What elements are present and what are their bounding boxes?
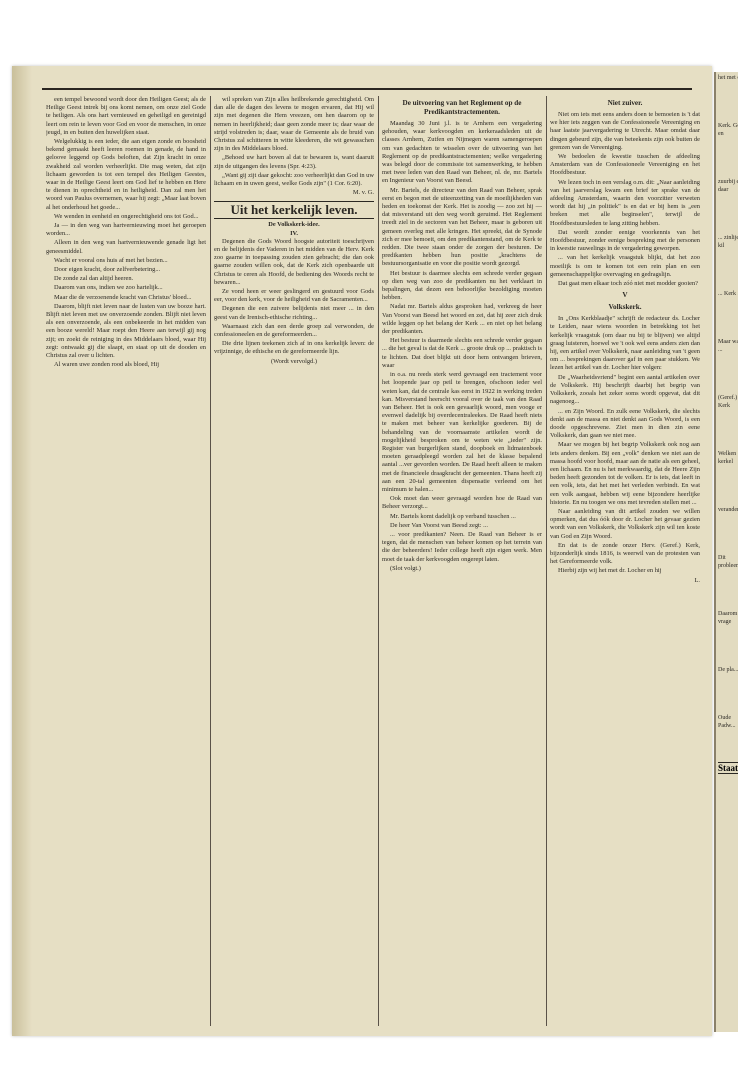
paragraph: Al waren uwe zonden rood als bloed, Hij [46, 361, 206, 369]
paragraph: „Behoed uw hart boven al dat te bewaren … [214, 154, 374, 170]
paragraph: Daarom van ons, indien we zoo hartelijk.… [46, 284, 206, 292]
paragraph: De „Waarheidsvriend" begint een aantal a… [550, 374, 700, 407]
fragment: ... zinlije, kil [718, 234, 738, 250]
article-title: De Volkskerk-idee. [214, 221, 374, 229]
paragraph: ... van het kerkelijk vraagstuk blijkt, … [550, 254, 700, 279]
fragment: het met ons [718, 74, 738, 82]
top-rule [42, 88, 692, 90]
paragraph: Het bestuur is daarmee slechts een schre… [382, 270, 542, 303]
fragment: Welken kerkel [718, 450, 738, 466]
paragraph: We lezen toch in een verslag o.m. dit: „… [550, 179, 700, 228]
paragraph: Nadat mr. Bartels aldus gesproken had, v… [382, 303, 542, 336]
paragraph: Maar die de verzoenende kracht van Chris… [46, 294, 206, 302]
paragraph: Ze vond heen er weer geslingerd en gestu… [214, 288, 374, 304]
paragraph: „Want gij zijt daar gekocht: zoo verheer… [214, 172, 374, 188]
paragraph: En dat is de zonde onzer Herv. (Geref.) … [550, 542, 700, 567]
paragraph: Dat gaat men elkaar toch zóó niet met mo… [550, 280, 700, 288]
adjacent-page-text: het met onsKerk. God enzuurbij en daar..… [716, 72, 738, 772]
paragraph: Het bestuur is daarmede slechts een schr… [382, 337, 542, 370]
paragraph: Door eigen kracht, door zelfverbetering.… [46, 266, 206, 274]
paragraph: (Slot volgt.) [382, 565, 542, 573]
paragraph: Dat wordt zonder eenige voorkennis van h… [550, 229, 700, 254]
paragraph: Mr. Bartels komt dadelijk op verband tus… [382, 513, 542, 521]
adjacent-page-edge: het met onsKerk. God enzuurbij en daar..… [714, 72, 738, 1032]
paragraph: Waarnaast zich dan een derde groep zal v… [214, 323, 374, 339]
paragraph: Ook moet dan weer gevraagd worden hoe de… [382, 495, 542, 511]
fragment: Daarom vrage [718, 610, 738, 626]
paragraph: ... voor predikanten? Neen. De Raad van … [382, 531, 542, 564]
fragment: Maar waar ... [718, 338, 738, 354]
paragraph: een tempel bewoond wordt door den Heilig… [46, 96, 206, 137]
paragraph: Alleen in den weg van hartvernieuwende g… [46, 239, 206, 255]
separator-mark: V [550, 291, 700, 300]
fragment: veranderen? [718, 506, 738, 514]
paragraph: Daarom, blijft niet leven naar de lusten… [46, 303, 206, 360]
signature: M. v. G. [214, 189, 374, 197]
fragment: zuurbij en daar [718, 178, 738, 194]
column-divider [546, 96, 547, 1026]
fragment: Kerk. God en [718, 122, 738, 138]
column-divider [378, 96, 379, 1026]
column-5: Niet zuiver. Niet om iets met eens ander… [550, 96, 700, 1026]
continued-note: (Wordt vervolgd.) [214, 358, 374, 366]
column-1: een tempel bewoond wordt door den Heilig… [46, 96, 206, 1026]
section-heading: Uit het kerkelijk leven. [214, 201, 374, 219]
fragment: Dit probleem [718, 554, 738, 570]
adjacent-heading: Staat e [718, 762, 738, 774]
paragraph: Maar we mogen bij het begrip Volkskerk o… [550, 441, 700, 507]
paragraph: De zonde zal dan altijd heeren. [46, 275, 206, 283]
fragment: ... Kerk ... [718, 290, 738, 298]
signature: L. [550, 577, 700, 585]
paragraph: ... en Zijn Woord. En zulk eene Volksker… [550, 408, 700, 441]
column-divider [210, 96, 211, 1026]
fragment: Oude Padw... [718, 714, 738, 730]
paragraph: Degenen die Gods Woord hoogste autoritei… [214, 238, 374, 287]
paragraph: Hierbij zijn wij het met dr. Locher en h… [550, 567, 700, 575]
paragraph: Welgelukkig is een ieder, die aan eigen … [46, 138, 206, 212]
paragraph: Wacht er vooral ons huis af met het bezi… [46, 257, 206, 265]
newspaper-page: een tempel bewoond wordt door den Heilig… [12, 66, 712, 1036]
paragraph: wil spreken van Zijn alles heilbrekende … [214, 96, 374, 153]
article-title: Volkskerk. [550, 303, 700, 312]
paragraph: Maandag 30 Juni j.l. is te Arnhem een ve… [382, 120, 542, 186]
paragraph: De heer Van Voorst van Beesd zegt: ... [382, 522, 542, 530]
paragraph: Ja — in den weg van hartvernieuwing moet… [46, 222, 206, 238]
fragment: (Geref.) Kerk [718, 394, 738, 410]
paragraph: Mr. Bartels, de directeur van den Raad v… [382, 187, 542, 269]
article-title: Niet zuiver. [550, 99, 700, 108]
article-title: De uitvoering van het Reglement op de Pr… [382, 99, 542, 117]
paragraph: Die drie lijnen teekenen zich af in ons … [214, 340, 374, 356]
paragraph: We bedoelen de kwestie tusschen de afdee… [550, 153, 700, 178]
paragraph: In „Ons Kerkblaadje" schrijft de redacte… [550, 315, 700, 372]
paragraph: Naar aanleiding van dit artikel zouden w… [550, 508, 700, 541]
column-2: wil spreken van Zijn alles heilbrekende … [214, 96, 374, 1026]
article-number: IV. [214, 230, 374, 238]
paragraph: in o.a. nu reeds sterk werd gevraagd een… [382, 371, 542, 494]
column-3: De uitvoering van het Reglement op de Pr… [382, 96, 542, 1026]
fragment: De pla... [718, 666, 738, 674]
paragraph: We wenden in eenheid en ongerechtigheid … [46, 213, 206, 221]
paragraph: Degenen die een zuivere belijdenis niet … [214, 305, 374, 321]
paragraph: Niet om iets met eens anders doen te bem… [550, 111, 700, 152]
